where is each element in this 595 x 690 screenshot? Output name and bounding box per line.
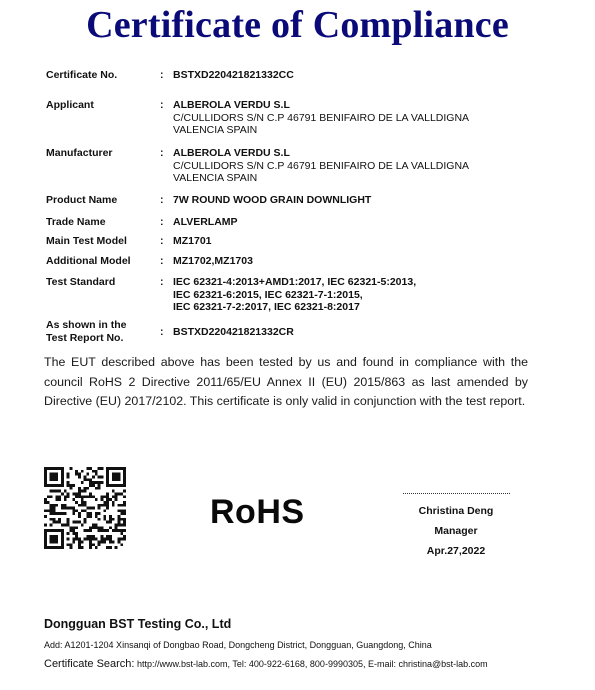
colon: : — [160, 99, 164, 112]
label-line: Test Report No. — [46, 332, 156, 345]
main-test-model-value: MZ1701 — [173, 235, 533, 248]
search-label: Certificate Search: — [44, 658, 134, 670]
applicant-address-line2: VALENCIA SPAIN — [173, 124, 533, 137]
colon: : — [160, 276, 164, 289]
signature-line — [403, 493, 510, 494]
applicant-address-line1: C/CULLIDORS S/N C.P 46791 BENIFAIRO DE L… — [173, 112, 533, 125]
applicant-name: ALBEROLA VERDU S.L — [173, 99, 533, 112]
additional-model-value: MZ1702,MZ1703 — [173, 255, 533, 268]
field-label: As shown in the Test Report No. — [46, 319, 156, 344]
applicant-value: ALBEROLA VERDU S.L C/CULLIDORS S/N C.P 4… — [173, 99, 533, 137]
field-label: Certificate No. — [46, 69, 156, 82]
manufacturer-value: ALBEROLA VERDU S.L C/CULLIDORS S/N C.P 4… — [173, 147, 533, 185]
label-line: As shown in the — [46, 319, 156, 332]
signatory-title: Manager — [396, 525, 516, 537]
colon: : — [160, 326, 164, 339]
test-standard-line: IEC 62321-7-2:2017, IEC 62321-8:2017 — [173, 301, 533, 314]
colon: : — [160, 216, 164, 229]
search-details: http://www.bst-lab.com, Tel: 400-922-616… — [137, 659, 488, 669]
certificate-title: Certificate of Compliance — [0, 3, 595, 47]
manufacturer-name: ALBEROLA VERDU S.L — [173, 147, 533, 160]
manufacturer-address-line1: C/CULLIDORS S/N C.P 46791 BENIFAIRO DE L… — [173, 160, 533, 173]
qr-code — [44, 467, 126, 549]
field-label: Main Test Model — [46, 235, 156, 248]
colon: : — [160, 255, 164, 268]
certificate-number: BSTXD220421821332CC — [173, 69, 533, 82]
company-address: Add: A1201-1204 Xinsanqi of Dongbao Road… — [44, 640, 432, 650]
field-label: Test Standard — [46, 276, 156, 289]
test-report-number: BSTXD220421821332CR — [173, 326, 533, 339]
rohs-mark: RoHS — [210, 493, 305, 532]
colon: : — [160, 69, 164, 82]
test-standard-value: IEC 62321-4:2013+AMD1:2017, IEC 62321-5:… — [173, 276, 533, 314]
test-standard-line: IEC 62321-4:2013+AMD1:2017, IEC 62321-5:… — [173, 276, 533, 289]
field-label: Applicant — [46, 99, 156, 112]
company-name: Dongguan BST Testing Co., Ltd — [44, 617, 231, 631]
signature-date: Apr.27,2022 — [396, 545, 516, 557]
test-standard-line: IEC 62321-6:2015, IEC 62321-7-1:2015, — [173, 289, 533, 302]
certificate-search: Certificate Search: http://www.bst-lab.c… — [44, 658, 488, 670]
manufacturer-address-line2: VALENCIA SPAIN — [173, 172, 533, 185]
compliance-statement: The EUT described above has been tested … — [44, 353, 528, 412]
field-label: Manufacturer — [46, 147, 156, 160]
field-label: Trade Name — [46, 216, 156, 229]
signatory-name: Christina Deng — [396, 505, 516, 517]
colon: : — [160, 147, 164, 160]
colon: : — [160, 194, 164, 207]
product-name-value: 7W ROUND WOOD GRAIN DOWNLIGHT — [173, 194, 533, 207]
field-label: Additional Model — [46, 255, 156, 268]
trade-name-value: ALVERLAMP — [173, 216, 533, 229]
colon: : — [160, 235, 164, 248]
field-label: Product Name — [46, 194, 156, 207]
